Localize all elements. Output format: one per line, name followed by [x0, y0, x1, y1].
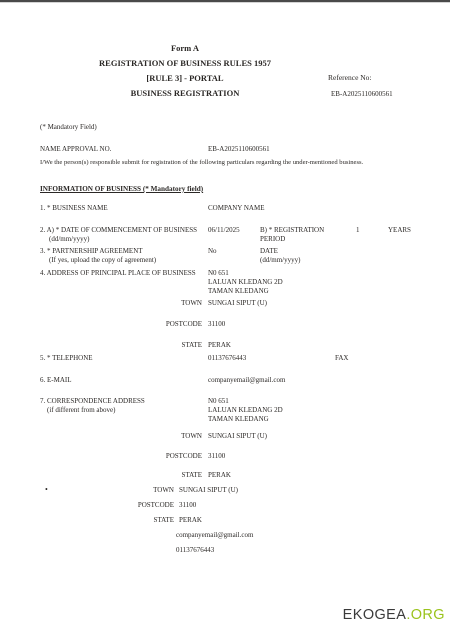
reference-no-value: EB-A2025110600561 [331, 90, 393, 99]
owner-email-value: companyemail@gmail.com [176, 531, 253, 540]
correspondence-postcode-value: 31100 [208, 452, 225, 461]
email-value: companyemail@gmail.com [208, 376, 285, 385]
principal-state-value: PERAK [208, 341, 231, 350]
owner-phone-value: 01137676443 [176, 546, 214, 555]
principal-address-line3: TAMAN KLEDANG [208, 287, 269, 296]
owner-town-value: SUNGAI SIPUT (U) [179, 486, 238, 495]
partnership-sublabel: (If yes, upload the copy of agreement) [49, 256, 156, 265]
declaration-text: I/We the person(s) responsible submit fo… [40, 158, 363, 167]
fax-label: FAX [335, 354, 348, 363]
owner-state-label: STATE [114, 516, 174, 525]
correspondence-address-line3: TAMAN KLEDANG [208, 415, 269, 424]
ekogea-watermark: EKOGEA.ORG [343, 607, 445, 623]
principal-address-label: 4. ADDRESS OF PRINCIPAL PLACE OF BUSINES… [40, 269, 196, 278]
telephone-value: 01137676443 [208, 354, 246, 363]
principal-address-line1: N0 651 [208, 269, 229, 278]
correspondence-town-label: TOWN [142, 432, 202, 441]
business-name-label: 1. * BUSINESS NAME [40, 204, 108, 213]
partnership-date-label: DATE [260, 247, 278, 256]
commencement-sublabel: (dd/mm/yyyy) [49, 235, 89, 244]
correspondence-postcode-label: POSTCODE [142, 452, 202, 461]
telephone-label: 5. * TELEPHONE [40, 354, 93, 363]
form-title-line1: REGISTRATION OF BUSINESS RULES 1957 [35, 56, 335, 71]
principal-town-label: TOWN [142, 299, 202, 308]
principal-postcode-label: POSTCODE [142, 320, 202, 329]
form-code: Form A [35, 41, 335, 56]
reference-no-label: Reference No: [328, 73, 372, 82]
registration-period-value: 1 [356, 226, 360, 235]
name-approval-value: EB-A2025110600561 [208, 145, 270, 154]
correspondence-label: 7. CORRESPONDENCE ADDRESS [40, 397, 145, 406]
principal-postcode-value: 31100 [208, 320, 225, 329]
form-title-line3: BUSINESS REGISTRATION [35, 86, 335, 101]
commencement-label: 2. A) * DATE OF COMMENCEMENT OF BUSINESS [40, 226, 197, 235]
principal-address-line2: LALUAN KLEDANG 2D [208, 278, 283, 287]
owner-town-label: TOWN [114, 486, 174, 495]
brand-suffix: .ORG [406, 607, 445, 623]
principal-state-label: STATE [142, 341, 202, 350]
mandatory-field-note: (* Mandatory Field) [40, 123, 97, 132]
correspondence-state-label: STATE [142, 471, 202, 480]
owner-state-value: PERAK [179, 516, 202, 525]
registration-period-label-2: PERIOD [260, 235, 285, 244]
registration-period-unit: YEARS [388, 226, 411, 235]
list-bullet: • [45, 485, 48, 494]
owner-postcode-value: 31100 [179, 501, 196, 510]
business-name-value: COMPANY NAME [208, 204, 264, 213]
document-page: Form A REGISTRATION OF BUSINESS RULES 19… [0, 0, 450, 640]
correspondence-address-line2: LALUAN KLEDANG 2D [208, 406, 283, 415]
section-heading: INFORMATION OF BUSINESS (* Mandatory fie… [40, 185, 203, 194]
owner-postcode-label: POSTCODE [114, 501, 174, 510]
brand-name: EKOGEA [343, 607, 407, 623]
commencement-value: 06/11/2025 [208, 226, 240, 235]
name-approval-label: NAME APPROVAL NO. [40, 145, 111, 154]
window-top-edge-shadow [0, 2, 450, 3]
correspondence-address-line1: N0 651 [208, 397, 229, 406]
correspondence-sublabel: (if different from above) [47, 406, 115, 415]
email-label: 6. E-MAIL [40, 376, 72, 385]
correspondence-town-value: SUNGAI SIPUT (U) [208, 432, 267, 441]
partnership-date-format: (dd/mm/yyyy) [260, 256, 300, 265]
form-title-line2: [RULE 3] - PORTAL [35, 71, 335, 86]
partnership-value: No [208, 247, 217, 256]
principal-town-value: SUNGAI SIPUT (U) [208, 299, 267, 308]
partnership-label: 3. * PARTNERSHIP AGREEMENT [40, 247, 143, 256]
correspondence-state-value: PERAK [208, 471, 231, 480]
registration-period-label-1: B) * REGISTRATION [260, 226, 324, 235]
form-header: Form A REGISTRATION OF BUSINESS RULES 19… [35, 41, 335, 101]
